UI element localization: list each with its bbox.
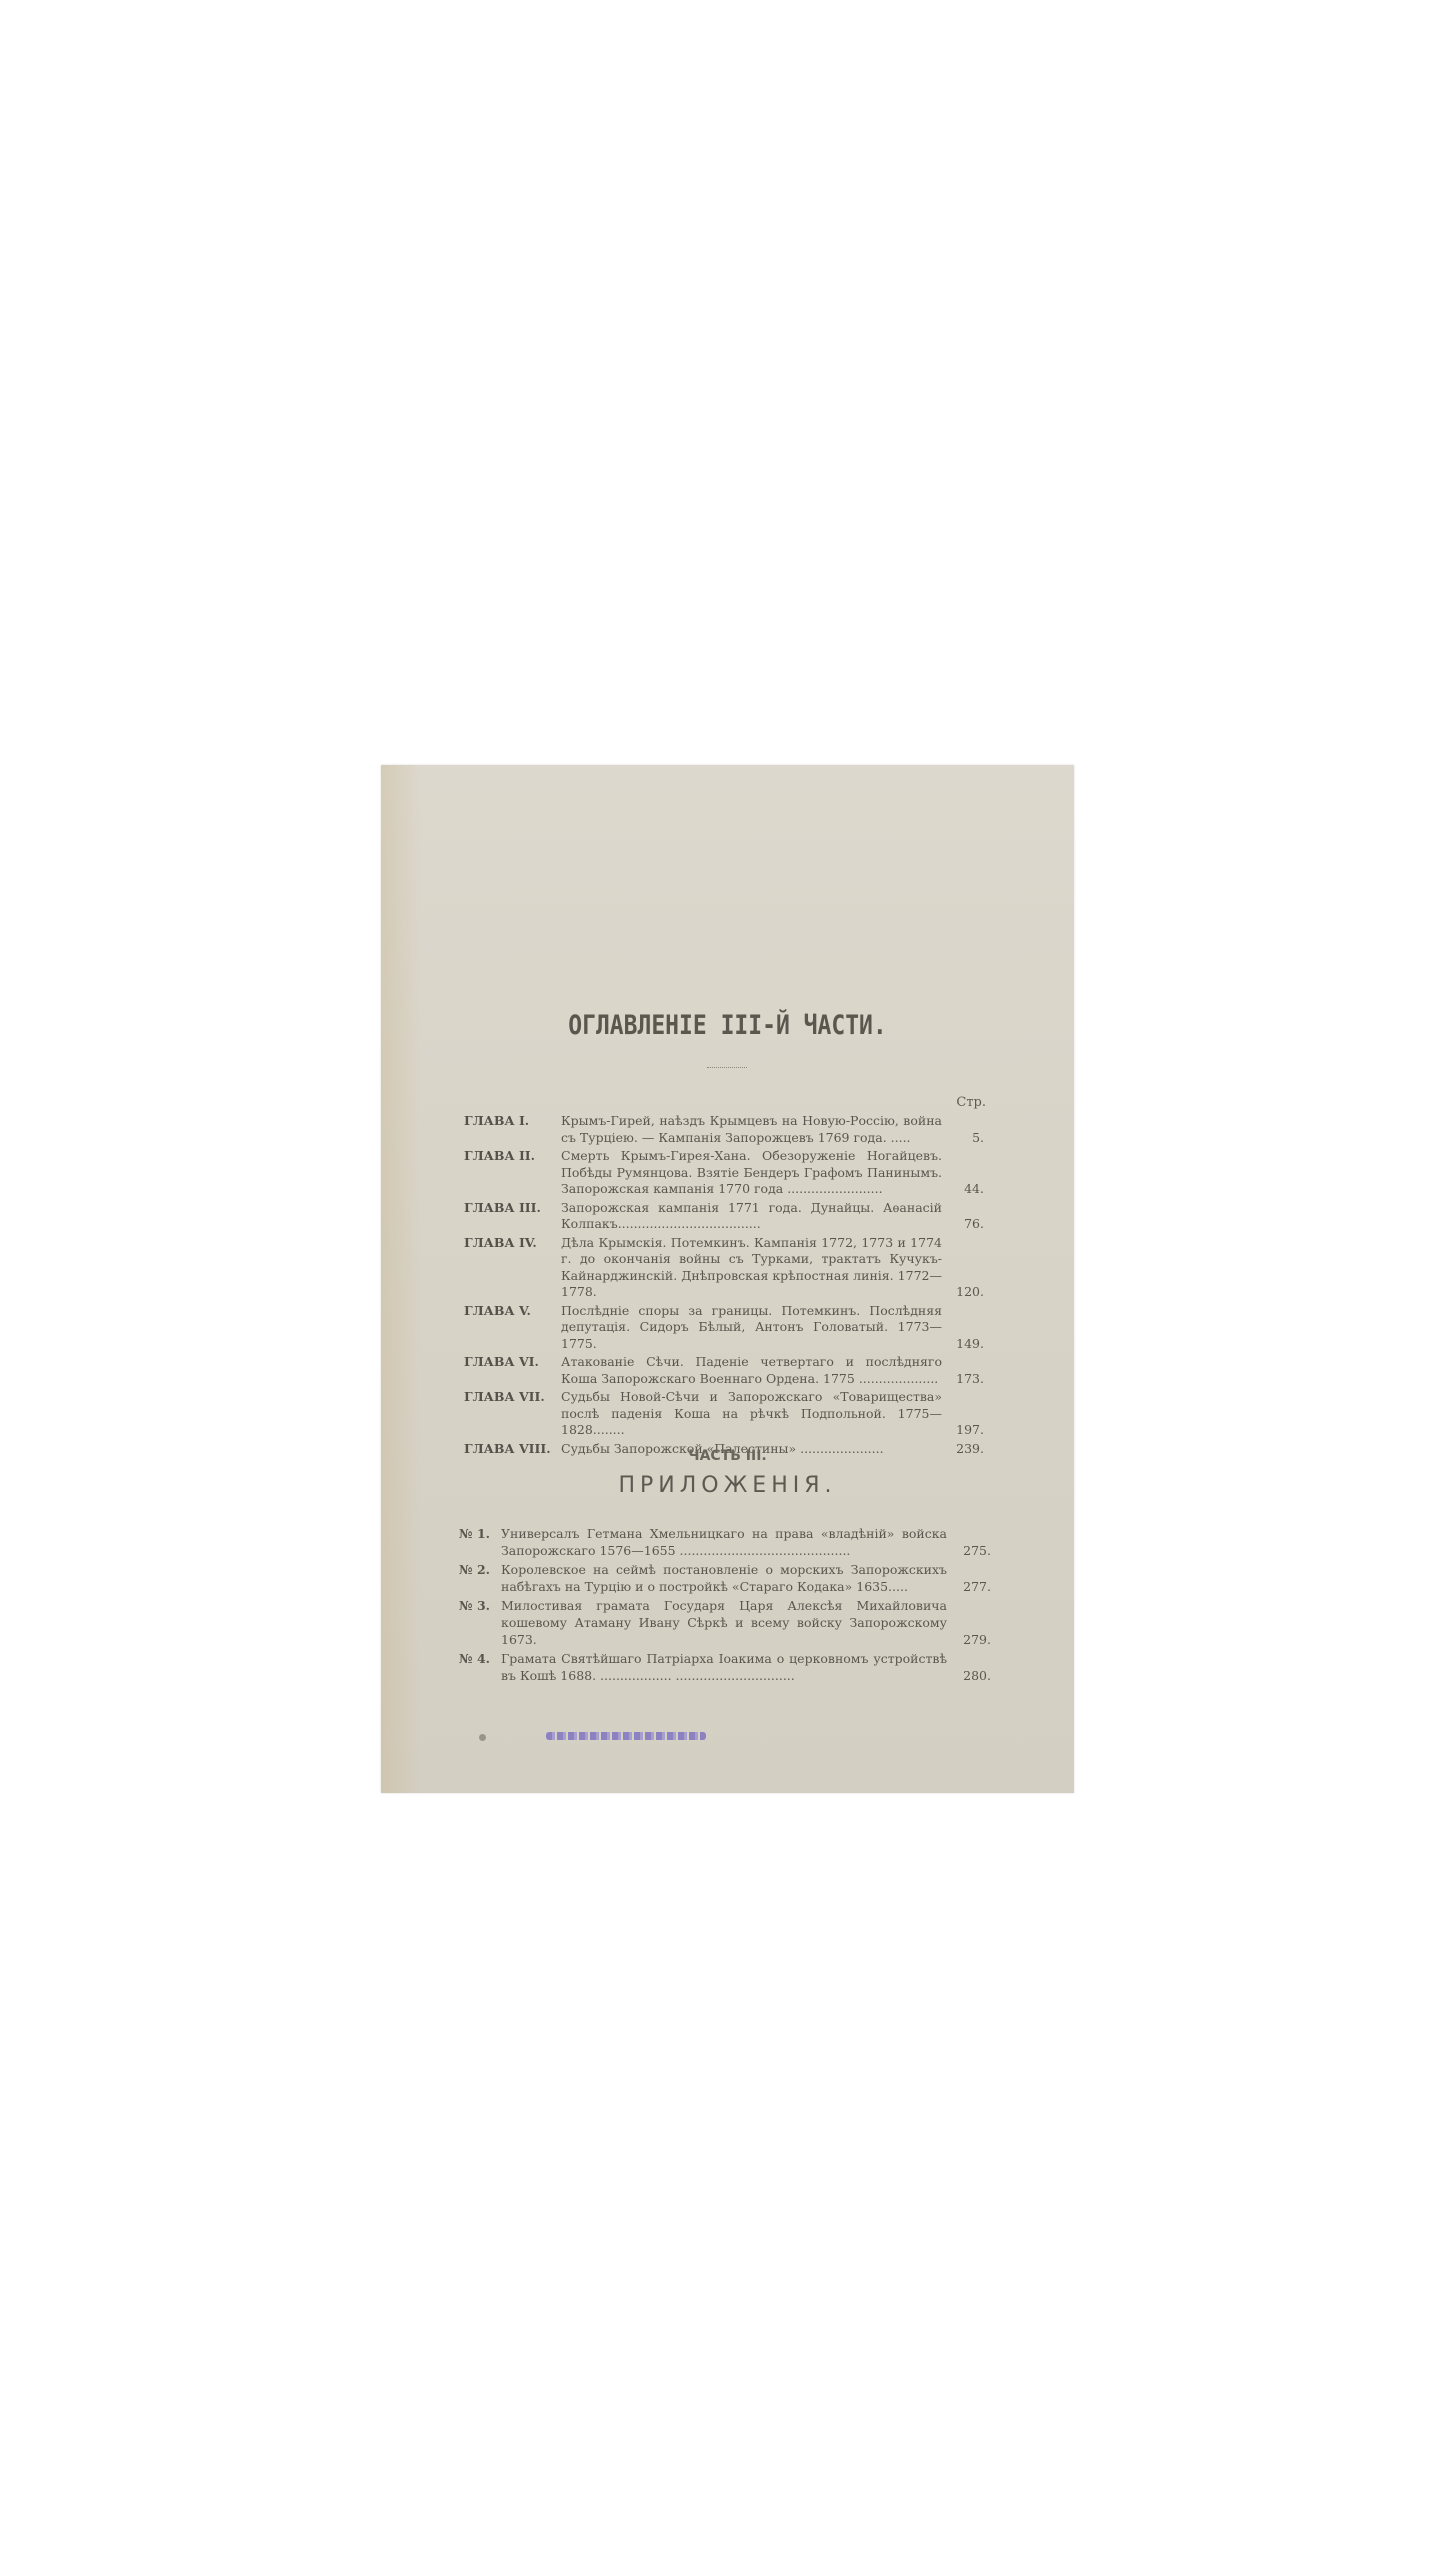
appendix-entry: № 4. Грамата Святѣйшаго Патріарха Іоаким… <box>459 1650 991 1684</box>
appendix-title: ПРИЛОЖЕНІЯ. <box>381 1473 1074 1498</box>
appendix-page: 279. <box>953 1631 991 1648</box>
chapter-title: Крымъ-Гирей, наѣздъ Крымцевъ на Новую-Ро… <box>561 1113 948 1146</box>
toc-entry: ГЛАВА III. Запорожская кампанія 1771 год… <box>464 1200 984 1233</box>
appendix-page: 277. <box>953 1578 991 1595</box>
appendix-page: 280. <box>953 1667 991 1684</box>
toc-entry: ГЛАВА V. Послѣдніе споры за границы. Пот… <box>464 1303 984 1353</box>
page-title: ОГЛАВЛЕНІЕ III-Й ЧАСТИ. <box>381 1011 1074 1041</box>
chapter-title: Дѣла Крымскія. Потемкинъ. Кампанія 1772,… <box>561 1235 948 1301</box>
appendix-page: 275. <box>953 1542 991 1559</box>
toc-entry: ГЛАВА I. Крымъ-Гирей, наѣздъ Крымцевъ на… <box>464 1113 984 1146</box>
appendix-text: Грамата Святѣйшаго Патріарха Іоакима о ц… <box>501 1650 953 1684</box>
appendix-entry: № 3. Милостивая грамата Государя Царя Ал… <box>459 1597 991 1648</box>
chapter-label: ГЛАВА II. <box>464 1148 561 1165</box>
book-page: ОГЛАВЛЕНІЕ III-Й ЧАСТИ. Стр. ГЛАВА I. Кр… <box>381 765 1074 1793</box>
appendix-entry: № 2. Королевское на сеймѣ постановленіе … <box>459 1561 991 1595</box>
toc-entry: ГЛАВА II. Смерть Крымъ-Гирея-Хана. Обезо… <box>464 1148 984 1198</box>
toc-entry: ГЛАВА VI. Атакованіе Сѣчи. Паденіе четве… <box>464 1354 984 1387</box>
appendix-number: № 1. <box>459 1525 501 1542</box>
toc-entry: ГЛАВА IV. Дѣла Крымскія. Потемкинъ. Камп… <box>464 1235 984 1301</box>
toc-entry: ГЛАВА VII. Судьбы Новой-Сѣчи и Запорожск… <box>464 1389 984 1439</box>
chapter-page: 149. <box>948 1336 984 1353</box>
chapter-page: 76. <box>948 1216 984 1233</box>
appendix-entry: № 1. Универсалъ Гетмана Хмельницкаго на … <box>459 1525 991 1559</box>
chapter-page: 5. <box>948 1130 984 1147</box>
appendix-text: Королевское на сеймѣ постановленіе о мор… <box>501 1561 953 1595</box>
chapter-title: Смерть Крымъ-Гирея-Хана. Обезоруженіе Но… <box>561 1148 948 1198</box>
appendix-list: № 1. Универсалъ Гетмана Хмельницкаго на … <box>459 1525 991 1686</box>
chapter-title: Запорожская кампанія 1771 года. Дунайцы.… <box>561 1200 948 1233</box>
part-label: ЧАСТЬ III. <box>381 1448 1074 1464</box>
appendix-text: Милостивая грамата Государя Царя Алексѣя… <box>501 1597 953 1648</box>
chapter-label: ГЛАВА IV. <box>464 1235 561 1252</box>
appendix-number: № 3. <box>459 1597 501 1614</box>
chapter-list: ГЛАВА I. Крымъ-Гирей, наѣздъ Крымцевъ на… <box>464 1113 984 1459</box>
appendix-text: Универсалъ Гетмана Хмельницкаго на права… <box>501 1525 953 1559</box>
chapter-label: ГЛАВА VI. <box>464 1354 561 1371</box>
chapter-page: 44. <box>948 1181 984 1198</box>
chapter-page: 197. <box>948 1422 984 1439</box>
chapter-label: ГЛАВА III. <box>464 1200 561 1217</box>
chapter-label: ГЛАВА I. <box>464 1113 561 1130</box>
appendix-number: № 4. <box>459 1650 501 1667</box>
chapter-title: Атакованіе Сѣчи. Паденіе четвертаго и по… <box>561 1354 948 1387</box>
chapter-page: 120. <box>948 1284 984 1301</box>
chapter-title: Судьбы Новой-Сѣчи и Запорожскаго «Товари… <box>561 1389 948 1439</box>
chapter-title: Послѣдніе споры за границы. Потемкинъ. П… <box>561 1303 948 1353</box>
chapter-label: ГЛАВА V. <box>464 1303 561 1320</box>
appendix-number: № 2. <box>459 1561 501 1578</box>
chapter-label: ГЛАВА VII. <box>464 1389 561 1406</box>
page-column-header: Стр. <box>956 1095 986 1110</box>
library-stamp <box>546 1732 706 1740</box>
chapter-page: 173. <box>948 1371 984 1388</box>
title-ornament <box>707 1067 747 1072</box>
ink-dot <box>479 1734 486 1741</box>
